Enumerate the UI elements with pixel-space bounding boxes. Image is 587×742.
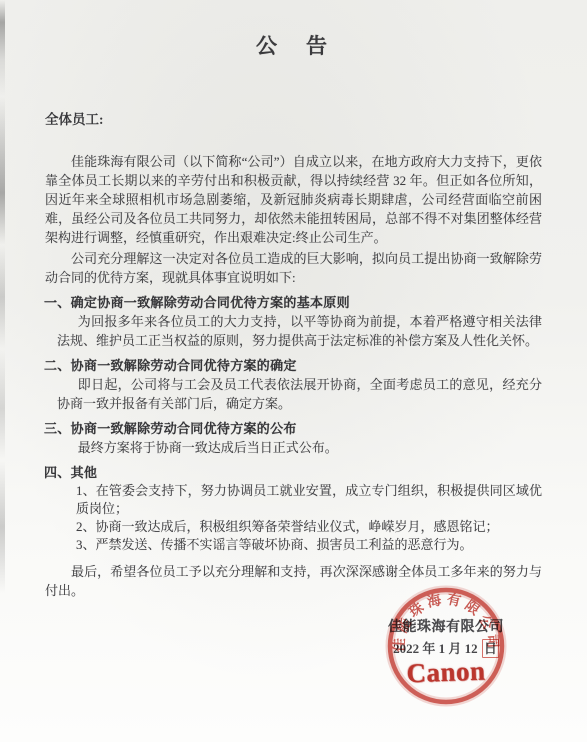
company-seal: 佳能珠海有限公司 2022 年 1 月 12 日 佳能珠海有限公司 Canon bbox=[371, 575, 521, 725]
paragraph-intro: 佳能珠海有限公司（以下简称“公司”）自成立以来，在地方政府大力支持下，更依靠全体… bbox=[45, 152, 542, 247]
paragraph-purpose: 公司充分理解这一决定对各位员工造成的巨大影响，拟向员工提出协商一致解除劳动合同的… bbox=[45, 249, 542, 287]
section-3-body: 最终方案将于协商一致达成后当日正式公布。 bbox=[57, 438, 542, 457]
section-3: 三、协商一致解除劳动合同优待方案的公布 最终方案将于协商一致达成后当日正式公布。 bbox=[0, 419, 587, 457]
section-1-heading: 一、确定协商一致解除劳动合同优待方案的基本原则 bbox=[44, 293, 542, 312]
section-4-item-1: 1、在管委会支持下，努力协调员工就业安置，成立专门组织，积极提供同区域优质岗位； bbox=[76, 482, 542, 518]
announcement-page: 公 告 全体员工: 佳能珠海有限公司（以下简称“公司”）自成立以来，在地方政府大… bbox=[0, 0, 587, 742]
salutation: 全体员工: bbox=[45, 111, 542, 129]
section-4-heading: 四、其他 bbox=[44, 463, 542, 482]
section-2-heading: 二、协商一致解除劳动合同优待方案的确定 bbox=[44, 356, 542, 375]
section-4-item-3: 3、严禁发送、传播不实谣言等破坏协商、损害员工利益的恶意行为。 bbox=[76, 536, 542, 554]
section-1: 一、确定协商一致解除劳动合同优待方案的基本原则 为回报多年来各位员工的大力支持，… bbox=[0, 293, 587, 350]
page-title: 公 告 bbox=[45, 33, 542, 59]
section-2: 二、协商一致解除劳动合同优待方案的确定 即日起，公司将与工会及员工代表依法展开协… bbox=[0, 356, 587, 413]
canon-logo: Canon bbox=[371, 654, 522, 689]
section-4-item-2: 2、协商一致达成后，积极组织筹备荣誉结业仪式，峥嵘岁月，感恩铭记； bbox=[76, 518, 542, 536]
seal-ring-graphic: 佳能珠海有限公司 bbox=[371, 575, 521, 725]
section-1-body: 为回报多年来各位员工的大力支持，以平等协商为前提，本着严格遵守相关法律法规、维护… bbox=[57, 312, 542, 350]
section-3-heading: 三、协商一致解除劳动合同优待方案的公布 bbox=[44, 419, 542, 438]
section-4: 四、其他 1、在管委会支持下，努力协调员工就业安置，成立专门组织，积极提供同区域… bbox=[0, 463, 587, 554]
section-2-body: 即日起，公司将与工会及员工代表依法展开协商，全面考虑员工的意见，经充分协商一致并… bbox=[57, 375, 542, 413]
